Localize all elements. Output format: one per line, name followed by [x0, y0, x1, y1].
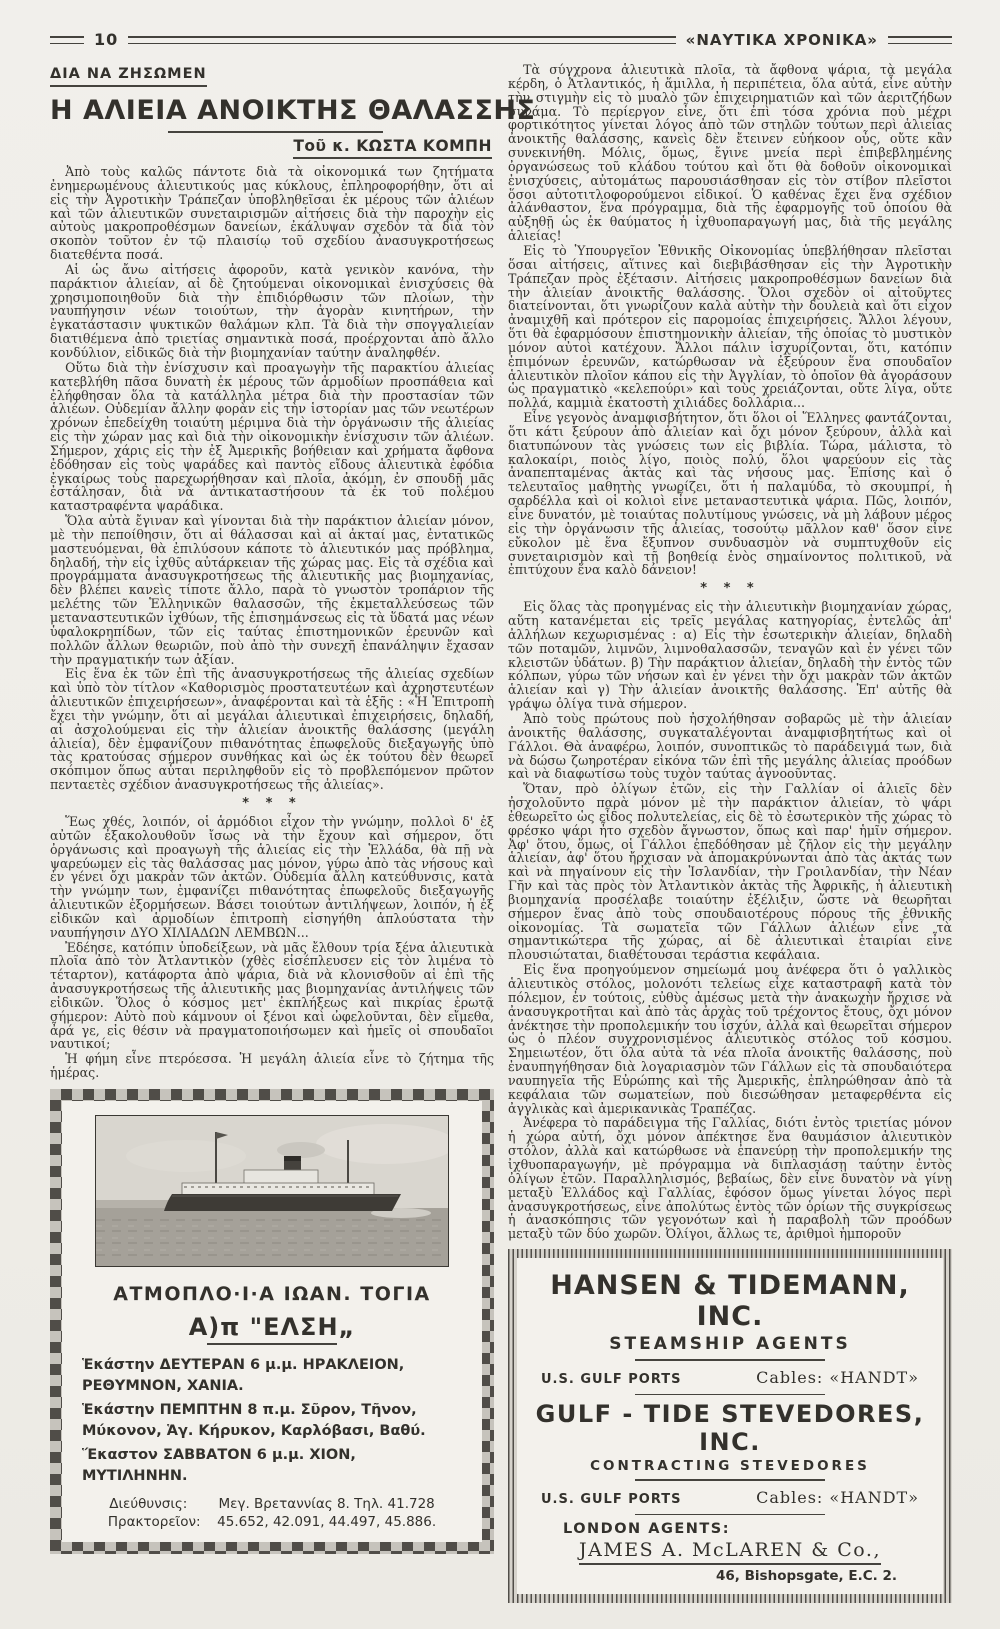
article-title: Η ΑΛΙΕΙΑ ΑΝΟΙΚΤΗΣ ΘΑΛΑΣΣΗΣ — [50, 95, 494, 126]
togia-ship-name: Α)π "ΕΛΣΗ„ — [78, 1313, 466, 1341]
london-agents-label: LONDON AGENTS: — [563, 1521, 925, 1537]
gulftide-subtitle: CONTRACTING STEVEDORES — [535, 1458, 925, 1474]
gulftide-title: GULF - TIDE STEVEDORES, INC. — [535, 1400, 925, 1456]
paragraph: Ἐδέησε, κατόπιν ὑποδείξεων, νὰ μᾶς ἔλθου… — [50, 941, 494, 1052]
article-kicker: ΔΙΑ ΝΑ ΖΗΣΩΜΕΝ — [50, 66, 207, 87]
london-agent-address: 46, Bishopsgate, E.C. 2. — [535, 1568, 897, 1584]
magazine-page: 10 «ΝΑΥΤΙΚΑ ΧΡΟΝΙΚΑ» ΔΙΑ ΝΑ ΖΗΣΩΜΕΝ Η ΑΛ… — [0, 0, 1000, 1629]
gulf-ports-label-2: U.S. GULF PORTS — [541, 1492, 681, 1507]
paragraph: Εἰς ἕνα προηγούμενον σημείωμά μου ἀνέφερ… — [508, 963, 952, 1115]
left-column-text-1: Ἀπὸ τοὺς καλῶς πάντοτε διὰ τὰ οἰκονομικά… — [50, 165, 494, 792]
paragraph: Ἡ φήμη εἶνε πτερόεσσα. Ἡ μεγάλη ἁλιεία ε… — [50, 1052, 494, 1080]
left-column-text-2: Ἕως χθές, λοιπόν, οἱ ἁρμόδιοι εἶχον τὴν … — [50, 815, 494, 1080]
hansen-rule-1 — [635, 1359, 825, 1361]
paragraph: Εἰς τὸ Ὑπουργεῖον Ἐθνικῆς Οἰκονομίας ὑπε… — [508, 244, 952, 410]
paragraph: Ἕκαστον ΣΑΒΒΑΤΟΝ 6 μ.μ. ΧΙΟΝ, ΜΥΤΙΛΗΝΗΝ. — [82, 1445, 462, 1487]
page-header: 10 «ΝΑΥΤΙΚΑ ΧΡΟΝΙΚΑ» — [50, 30, 952, 49]
cables-label-1: Cables: «HANDT» — [756, 1368, 919, 1387]
right-column: Τὰ σύγχρονα ἁλιευτικὰ πλοῖα, τὰ ἄφθονα ψ… — [508, 63, 952, 1603]
masthead-title: «ΝΑΥΤΙΚΑ ΧΡΟΝΙΚΑ» — [686, 31, 878, 49]
paragraph: Ἕως χθές, λοιπόν, οἱ ἁρμόδιοι εἶχον τὴν … — [50, 815, 494, 940]
paragraph: Ἑκάστην ΔΕΥΤΕΡΑΝ 6 μ.μ. ΗΡΑΚΛΕΙΟΝ, ΡΕΘΥΜ… — [82, 1355, 462, 1397]
paragraph: Εἶνε γεγονὸς ἀναμφισβήτητον, ὅτι ὅλοι οἱ… — [508, 411, 952, 577]
hansen-rule-3 — [635, 1479, 825, 1481]
hansen-row-2: U.S. GULF PORTS Cables: «HANDT» — [535, 1486, 925, 1509]
cables-label-2: Cables: «HANDT» — [756, 1488, 919, 1507]
paragraph: Ὅταν, πρὸ ὀλίγων ἐτῶν, εἰς τὴν Γαλλίαν ο… — [508, 782, 952, 962]
paragraph: Ἑκάστην ΠΕΜΠΤΗΝ 8 π.μ. Σῦρον, Τῆνον, Μύκ… — [82, 1400, 462, 1442]
togia-contact: Διεύθυνσις: Μεγ. Βρεταννίας 8. Τηλ. 41.7… — [78, 1495, 466, 1531]
paragraph: Εἰς ἕνα ἐκ τῶν ἐπὶ τῆς ἀνασυγκροτήσεως τ… — [50, 667, 494, 792]
paragraph: Εἰς ὅλας τὰς προηγμένας εἰς τὴν ἁλιευτικ… — [508, 600, 952, 711]
paragraph: Ἀνέφερα τὸ παράδειγμα τῆς Γαλλίας, διότι… — [508, 1116, 952, 1241]
hansen-rule-2 — [635, 1394, 825, 1396]
right-column-text-1: Τὰ σύγχρονα ἁλιευτικὰ πλοῖα, τὰ ἄφθονα ψ… — [508, 63, 952, 577]
section-separator: * * * — [50, 796, 494, 811]
togia-address-line: Διεύθυνσις: Μεγ. Βρεταννίας 8. Τηλ. 41.7… — [78, 1495, 466, 1513]
paragraph: Τὰ σύγχρονα ἁλιευτικὰ πλοῖα, τὰ ἄφθονα ψ… — [508, 63, 952, 243]
address-value: Μεγ. Βρεταννίας 8. Τηλ. 41.728 — [219, 1496, 435, 1512]
header-rule-left — [50, 36, 84, 44]
togia-schedule: Ἑκάστην ΔΕΥΤΕΡΑΝ 6 μ.μ. ΗΡΑΚΛΕΙΟΝ, ΡΕΘΥΜ… — [78, 1355, 466, 1487]
left-column: ΔΙΑ ΝΑ ΖΗΣΩΜΕΝ Η ΑΛΙΕΙΑ ΑΝΟΙΚΤΗΣ ΘΑΛΑΣΣΗ… — [50, 63, 494, 1603]
right-column-text-2: Εἰς ὅλας τὰς προηγμένας εἰς τὴν ἁλιευτικ… — [508, 600, 952, 1241]
gulf-ports-label-1: U.S. GULF PORTS — [541, 1372, 681, 1387]
hansen-rule-4 — [635, 1514, 825, 1516]
header-rule-right — [888, 36, 952, 44]
header-rule-middle — [128, 36, 675, 44]
paragraph: Ὅλα αὐτὰ ἔγιναν καὶ γίνονται διὰ τὴν παρ… — [50, 514, 494, 666]
title-underline — [168, 131, 383, 133]
hansen-title: HANSEN & TIDEMANN, INC. — [535, 1270, 925, 1332]
togia-agency-line: Πρακτορεῖον: 45.652, 42.091, 44.497, 45.… — [78, 1513, 466, 1531]
hansen-row-1: U.S. GULF PORTS Cables: «HANDT» — [535, 1366, 925, 1389]
paragraph: Ἀπὸ τοὺς πρώτους ποὺ ἠσχολήθησαν σοβαρῶς… — [508, 712, 952, 781]
ship-photo — [95, 1115, 449, 1267]
agency-value: 45.652, 42.091, 44.497, 45.886. — [217, 1514, 436, 1530]
london-agent-name: JAMES A. McLAREN & Co., — [535, 1539, 925, 1561]
paragraph: Ἀπὸ τοὺς καλῶς πάντοτε διὰ τὰ οἰκονομικά… — [50, 165, 494, 262]
steamship-photo-illustration — [96, 1116, 448, 1266]
hansen-ad: HANSEN & TIDEMANN, INC. STEAMSHIP AGENTS… — [508, 1249, 952, 1603]
article-byline: Τοῦ κ. ΚΩΣΤΑ ΚΟΜΠΗ — [293, 137, 492, 159]
ship-name-underline — [207, 1343, 337, 1345]
togia-ad: ΑΤΜΟΠΛΟ·Ι·Α ΙΩΑΝ. ΤΟΓΙΑ Α)π "ΕΛΣΗ„ Ἑκάστ… — [50, 1089, 494, 1554]
agency-label: Πρακτορεῖον: — [108, 1513, 213, 1531]
two-column-layout: ΔΙΑ ΝΑ ΖΗΣΩΜΕΝ Η ΑΛΙΕΙΑ ΑΝΟΙΚΤΗΣ ΘΑΛΑΣΣΗ… — [50, 63, 952, 1603]
paragraph: Αἱ ὡς ἄνω αἰτήσεις ἀφοροῦν, κατὰ γενικὸν… — [50, 263, 494, 360]
section-separator-2: * * * — [508, 581, 952, 596]
page-number: 10 — [94, 30, 118, 49]
hansen-subtitle: STEAMSHIP AGENTS — [535, 1334, 925, 1354]
togia-company-name: ΑΤΜΟΠΛΟ·Ι·Α ΙΩΑΝ. ΤΟΓΙΑ — [78, 1283, 466, 1305]
address-label: Διεύθυνσις: — [109, 1495, 214, 1513]
paragraph: Οὕτω διὰ τὴν ἐνίσχυσιν καὶ προαγωγὴν τῆς… — [50, 361, 494, 513]
